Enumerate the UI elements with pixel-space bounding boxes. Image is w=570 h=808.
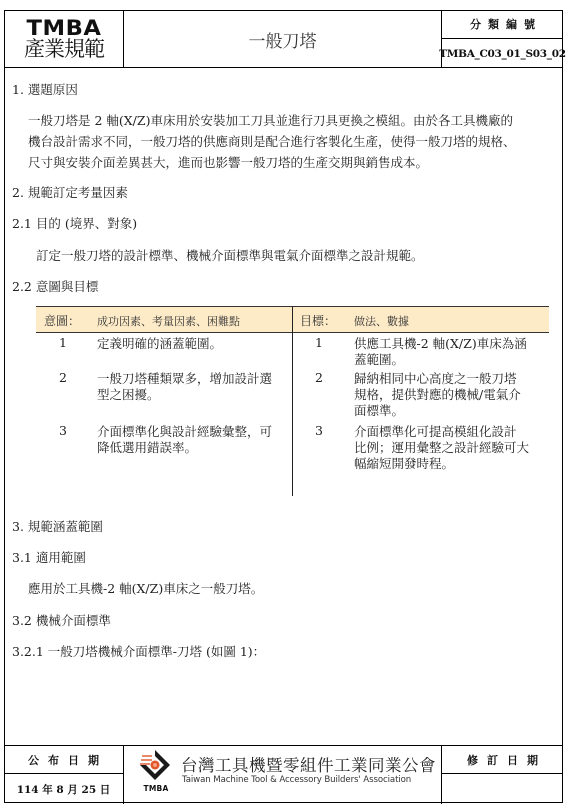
intent-goal-table: 意圖： 成功因素、考量因素、困難點 目標： 做法、數據 1 定義明確的涵蓋範圍。… xyxy=(36,306,549,496)
intent-row-2-line-1: 一般刀塔種類眾多，增加設計選 xyxy=(97,371,272,387)
publish-date-cell: 公布日期 114 年 8 月 25 日 xyxy=(4,746,124,804)
document-footer: 公布日期 114 年 8 月 25 日 TMBA 台灣工具機暨零組件工業同業公會… xyxy=(4,745,563,803)
section-3-2-heading: 3.2 機械介面標準 xyxy=(12,613,111,629)
association-logo-text: TMBA xyxy=(136,784,176,793)
goal-row-2-line-2: 規格，提供對應的機械/電氣介 xyxy=(354,387,521,403)
section-1-line-3: 尺寸與安裝介面差異甚大，進而也影響一般刀塔的生產交期與銷售成本。 xyxy=(28,152,428,173)
intent-row-1-num: 1 xyxy=(48,335,78,350)
association-banner: TMBA 台灣工具機暨零組件工業同業公會 Taiwan Machine Tool… xyxy=(124,746,441,804)
intent-row-1-line-1: 定義明確的涵蓋範圍。 xyxy=(97,336,222,352)
section-3-1-text: 應用於工具機-2 軸(X/Z)車床之一般刀塔。 xyxy=(28,581,263,597)
goal-row-3-line-1: 介面標準化可提高模組化設計 xyxy=(354,424,517,440)
goal-row-3-line-3: 幅縮短開發時程。 xyxy=(354,456,454,472)
classification-code-label: 分類編號 xyxy=(442,10,563,39)
goal-row-2-line-1: 歸納相同中心高度之一般刀塔 xyxy=(354,371,517,387)
intent-row-3-num: 3 xyxy=(48,423,78,438)
goal-row-2-num: 2 xyxy=(304,370,334,385)
header-goal-desc: 做法、數據 xyxy=(354,313,409,329)
goal-row-2-line-3: 面標準。 xyxy=(354,403,404,419)
revision-date-cell: 修訂日期 xyxy=(441,746,563,804)
intent-row-2-line-2: 型之困擾。 xyxy=(97,387,160,403)
section-1-line-1: 一般刀塔是 2 軸(X/Z)車床用於安裝加工刀具並進行刀具更換之模組。由於各工具… xyxy=(28,110,513,131)
revision-date-value xyxy=(442,774,563,804)
goal-row-1-num: 1 xyxy=(304,335,334,350)
revision-date-label: 修訂日期 xyxy=(442,746,563,774)
goal-row-1-line-2: 蓋範圍。 xyxy=(354,352,404,368)
table-column-divider xyxy=(292,306,293,496)
goal-row-1-line-1: 供應工具機-2 軸(X/Z)車床為涵 xyxy=(354,336,527,352)
intent-row-3-line-2: 降低選用錯誤率。 xyxy=(97,440,197,456)
publish-date-label: 公布日期 xyxy=(4,746,123,774)
section-2-2-heading: 2.2 意圖與目標 xyxy=(12,279,98,295)
tmba-association-logo-icon xyxy=(138,748,172,788)
logo-subtitle: 產業規範 xyxy=(12,37,116,61)
association-name-zh: 台灣工具機暨零組件工業同業公會 xyxy=(181,752,436,776)
header-intent-label: 意圖： xyxy=(44,312,80,329)
section-3-1-heading: 3.1 適用範圍 xyxy=(12,550,86,566)
header-goal-label: 目標： xyxy=(300,312,336,329)
goal-row-3-num: 3 xyxy=(304,423,334,438)
association-name-en: Taiwan Machine Tool & Accessory Builders… xyxy=(182,775,411,785)
section-1-line-2: 機台設計需求不同，一般刀塔的供應商則是配合進行客製化生產，使得一般刀塔的規格、 xyxy=(28,131,516,152)
classification-code-value: TMBA_C03_01_S03_02 xyxy=(442,39,563,68)
intent-row-3-line-1: 介面標準化與設計經驗彙整，可 xyxy=(97,424,272,440)
header-intent-desc: 成功因素、考量因素、困難點 xyxy=(97,313,240,329)
document-title: 一般刀塔 xyxy=(124,10,441,68)
intent-row-2-num: 2 xyxy=(48,370,78,385)
section-2-1-text: 訂定一般刀塔的設計標準、機械介面標準與電氣介面標準之設計規範。 xyxy=(36,248,424,264)
document-header: TMBA 產業規範 一般刀塔 分類編號 TMBA_C03_01_S03_02 xyxy=(4,10,563,68)
logo-brand: TMBA xyxy=(10,18,118,38)
section-1-heading: 1. 選題原因 xyxy=(12,82,78,98)
publish-date-value: 114 年 8 月 25 日 xyxy=(4,774,123,804)
goal-row-3-line-2: 比例；運用彙整之設計經驗可大 xyxy=(354,440,529,456)
section-3-heading: 3. 規範涵蓋範圍 xyxy=(12,519,103,535)
classification-code-cell: 分類編號 TMBA_C03_01_S03_02 xyxy=(441,10,563,68)
section-2-1-heading: 2.1 目的 (境界、對象) xyxy=(12,216,137,232)
section-2-heading: 2. 規範訂定考量因素 xyxy=(12,185,128,201)
section-3-2-1-heading: 3.2.1 一般刀塔機械介面標準-刀塔 (如圖 1)： xyxy=(12,644,265,660)
tmba-standard-logo: TMBA 產業規範 xyxy=(4,10,124,68)
